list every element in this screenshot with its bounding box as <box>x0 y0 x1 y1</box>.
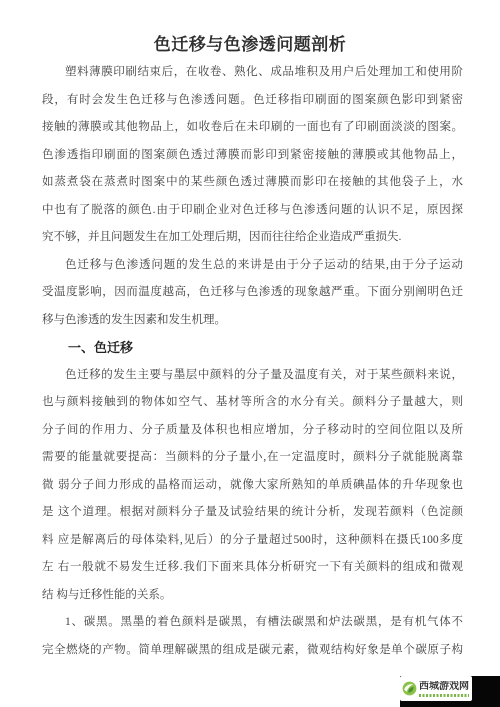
text-line: 左 右一般就不易发生迁移.我们下面来具体分析研究一下有关颜料的组成和微观 <box>42 554 463 582</box>
text-line: 色渗透指印刷面的图案颜色透过薄膜而影印到紧密接触的薄膜或其他物品上， <box>42 142 463 170</box>
paragraph: 1、碳黑。黑墨的着色颜料是碳黑，有槽法碳黑和炉法碳黑，是有机气体不完全燃烧的产物… <box>42 609 463 664</box>
text-line: 色迁移与色渗透问题的发生总的来讲是由于分子运动的结果,由于分子运动 <box>42 252 463 280</box>
watermark-site-name: 西城游戏网 <box>419 681 469 693</box>
text-line: 1、碳黑。黑墨的着色颜料是碳黑，有槽法碳黑和炉法碳黑，是有机气体不 <box>42 609 463 637</box>
text-line: 结 构与迁移性能的关系。 <box>42 582 463 610</box>
text-line: 微 弱分子间力形成的晶格而运动，就像大家所熟知的单质碘晶体的升华现象也 <box>42 472 463 500</box>
text-line: 完全燃烧的产物。简单理解碳黑的组成是碳元素，微观结构好象是单个碳原子构 <box>42 637 463 665</box>
text-line: 段，有时会发生色迁移与色渗透问题。色迁移指印刷面的图案颜色影印到紧密 <box>42 87 463 115</box>
document-page: 色迁移与色渗透问题剖析 塑料薄膜印刷结束后，在收卷、熟化、成品堆积及用户后处理加… <box>0 0 500 707</box>
text-line: 也与颜料接触到的物体如空气、基材等所含的水分有关。颜料分子量越大，则 <box>42 389 463 417</box>
text-line: 接触的薄膜或其他物品上，如收卷后在未印刷的一面也有了印刷面淡淡的图案。 <box>42 114 463 142</box>
paragraph: 色迁移的发生主要与墨层中颜料的分子量及温度有关，对于某些颜料来说，也与颜料接触到… <box>42 362 463 610</box>
text-line: 需要的能量就要提高：当颜料的分子量小,在一定温度时，颜料分子就能脱离靠 <box>42 444 463 472</box>
leaf-icon <box>402 681 417 696</box>
paragraph: 塑料薄膜印刷结束后，在收卷、熟化、成品堆积及用户后处理加工和使用阶段，有时会发生… <box>42 59 463 252</box>
document-title: 色迁移与色渗透问题剖析 <box>0 30 500 59</box>
paragraph: 色迁移与色渗透问题的发生总的来讲是由于分子运动的结果,由于分子运动受温度影响，因… <box>42 252 463 335</box>
watermark-badge: 西城游戏网 <box>400 676 500 707</box>
text-line: 移与色渗透的发生因素和发生机理。 <box>42 307 463 335</box>
document-content: 塑料薄膜印刷结束后，在收卷、熟化、成品堆积及用户后处理加工和使用阶段，有时会发生… <box>42 59 463 664</box>
text-line: 色迁移的发生主要与墨层中颜料的分子量及温度有关，对于某些颜料来说， <box>42 362 463 390</box>
text-line: 中也有了脱落的颜色.由于印刷企业对色迁移与色渗透问题的认识不足，原因探 <box>42 197 463 225</box>
watermark-text-group: 西城游戏网 <box>419 681 469 697</box>
section-heading: 一、色迁移 <box>42 334 463 362</box>
text-line: 料 应是解离后的母体染料,见后）的分子量超过500时，这种颜料在摄氏100多度 <box>42 527 463 555</box>
text-line: 是 这个道理。根据对颜料分子量及试验结果的统计分析，发现若颜料（色淀颜 <box>42 499 463 527</box>
text-line: 塑料薄膜印刷结束后，在收卷、熟化、成品堆积及用户后处理加工和使用阶 <box>42 59 463 87</box>
text-line: 如蒸煮袋在蒸煮时图案中的某些颜色透过薄膜而影印在接触的其他袋子上，水 <box>42 169 463 197</box>
watermark-subtext-bar <box>419 694 469 697</box>
text-line: 究不够，并且问题发生在加工处理后期，因而往往给企业造成严重损失. <box>42 224 463 252</box>
text-line: 分子间的作用力、分子质量及体积也相应增加，分子移动时的空间位阻以及所 <box>42 417 463 445</box>
watermark-logo: 西城游戏网 <box>400 676 472 701</box>
text-line: 受温度影响，因而温度越高，色迁移与色渗透的现象越严重。下面分别阐明色迁 <box>42 279 463 307</box>
